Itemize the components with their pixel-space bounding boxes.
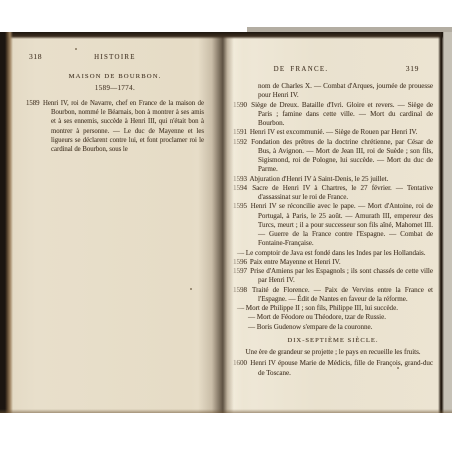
left-page: 318 HISTOIRE MAISON DE BOURBON. 1589—177…	[26, 52, 204, 155]
book-top-edge	[0, 32, 452, 39]
book-right-edge-line	[438, 32, 444, 413]
chronology-entry: — Le comptoir de Java est fondé dans les…	[233, 249, 433, 258]
entry-year: 1589	[26, 100, 40, 107]
chronology-entry: 1594 Sacre de Henri IV à Chartres, le 27…	[233, 184, 433, 203]
section-heading: MAISON DE BOURBON.	[26, 72, 204, 81]
right-page-number: 319	[406, 64, 419, 73]
chronology-entry: — Mort de Féodore ou Théodore, tzar de R…	[233, 313, 433, 322]
right-page-entries: 1590 Siège de Dreux. Bataille d'Ivri. Gl…	[233, 101, 433, 332]
book-gutter-shadow	[198, 32, 244, 413]
chronology-entry: 1592 Fondation des prêtres de la doctrin…	[233, 138, 433, 175]
left-page-entries: 1589 Henri IV, roi de Navarre, chef en F…	[26, 99, 204, 155]
scanned-book-photo: 318 HISTOIRE MAISON DE BOURBON. 1589—177…	[0, 0, 452, 452]
open-book: 318 HISTOIRE MAISON DE BOURBON. 1589—177…	[0, 32, 452, 413]
entry-text: Traité de Florence. — Paix de Vervins en…	[252, 286, 433, 303]
entry-text: Prise d'Amiens par les Espagnols ; ils s…	[250, 267, 433, 284]
century-entries: 1600 Henri IV épouse Marie de Médicis, f…	[233, 359, 433, 378]
right-page-header: DE FRANCE. 319	[233, 64, 433, 75]
century-intro: Une ère de grandeur se projette ; le pay…	[233, 348, 433, 357]
continuation-paragraph: nom de Charles X. — Combat d'Arques, jou…	[233, 82, 433, 101]
left-running-title: HISTOIRE	[26, 53, 204, 62]
chronology-entry: 1598 Traité de Florence. — Paix de Vervi…	[233, 286, 433, 305]
entry-text: Henri IV, roi de Navarre, chef en France…	[43, 100, 204, 154]
entry-text: Fondation des prêtres de la doctrine chr…	[251, 138, 433, 174]
chronology-entry: 1595 Henri IV se réconcilie avec le pape…	[233, 202, 433, 248]
chronology-entry: 1591 Henri IV est excommunié. — Siège de…	[233, 128, 433, 137]
entry-text: Henri IV se réconcilie avec le pape. — M…	[251, 202, 433, 247]
left-page-header: 318 HISTOIRE	[26, 52, 204, 63]
entry-text: — Mort de Philippe II ; son fils, Philip…	[237, 304, 398, 312]
entry-text: Abjuration d'Henri IV à Saint-Denis, le …	[249, 175, 388, 183]
chronology-entry: 1590 Siège de Dreux. Bataille d'Ivri. Gl…	[233, 101, 433, 129]
entry-text: — Boris Gudenow s'empare de la couronne.	[248, 323, 372, 331]
book-right-page-edges	[443, 32, 452, 413]
chronology-entry: — Mort de Philippe II ; son fils, Philip…	[233, 304, 433, 313]
chronology-entry: 1589 Henri IV, roi de Navarre, chef en F…	[26, 99, 204, 155]
entry-text: Siège de Dreux. Bataille d'Ivri. Gloire …	[251, 101, 433, 128]
entry-text: Henri IV épouse Marie de Médicis, fille …	[250, 359, 433, 376]
entry-text: Paix entre Mayenne et Henri IV.	[250, 258, 341, 266]
paper-speck	[190, 288, 192, 290]
paper-speck	[75, 48, 77, 50]
book-left-edge	[0, 32, 13, 413]
book-bottom-edge	[0, 409, 452, 413]
entry-text: Sacre de Henri IV à Chartres, le 27 févr…	[252, 184, 433, 201]
entry-text: Henri IV est excommunié. — Siège de Roue…	[250, 128, 418, 136]
chronology-entry: 1597 Prise d'Amiens par les Espagnols ; …	[233, 267, 433, 286]
right-running-title: DE FRANCE.	[233, 65, 369, 74]
section-date-range: 1589—1774.	[26, 84, 204, 93]
century-heading: DIX-SEPTIÈME SIÈCLE.	[233, 336, 433, 345]
chronology-entry: 1593 Abjuration d'Henri IV à Saint-Denis…	[233, 175, 433, 184]
chronology-entry: 1600 Henri IV épouse Marie de Médicis, f…	[233, 359, 433, 378]
right-page: DE FRANCE. 319 nom de Charles X. — Comba…	[233, 64, 433, 378]
entry-text: — Mort de Féodore ou Théodore, tzar de R…	[248, 313, 386, 321]
entry-text: — Le comptoir de Java est fondé dans les…	[237, 249, 426, 257]
paper-speck	[397, 367, 399, 369]
chronology-entry: 1596 Paix entre Mayenne et Henri IV.	[233, 258, 433, 267]
chronology-entry: — Boris Gudenow s'empare de la couronne.	[233, 323, 433, 332]
